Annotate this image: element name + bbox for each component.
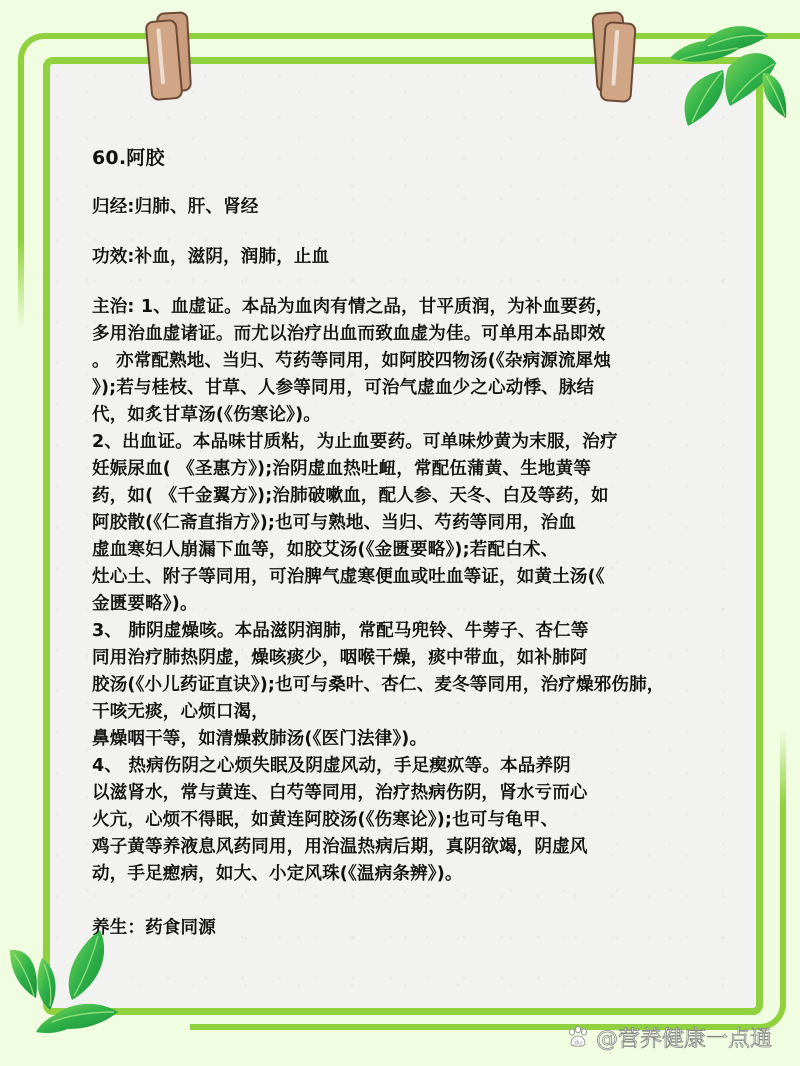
clothespin-icon-left <box>146 12 188 102</box>
indication-line: 以滋肾水，常与黄连、白芍等同用，治疗热病伤阴，肾水亏而心 <box>92 780 772 807</box>
indication-line: 鸡子黄等养液息风药同用，用治温热病后期，真阴欲竭，阴虚风 <box>92 834 772 861</box>
indication-line: 多用治血虚诸证。而尤以治疗出血而致血虚为佳。可单用本品即效 <box>92 321 772 348</box>
document-title: 60.阿胶 <box>92 145 772 172</box>
indication-line: 代，如炙甘草汤(《伤寒论》)。 <box>92 402 772 429</box>
indication-line: 灶心土、附子等同用，可治脾气虚寒便血或吐血等证，如黄土汤(《 <box>92 564 772 591</box>
indication-line: 。 亦常配熟地、当归、芍药等同用，如阿胶四物汤(《杂病源流犀烛 <box>92 348 772 375</box>
indication-line: 动，手足瘛病，如大、小定风珠(《温病条辨》)。 <box>92 861 772 888</box>
indication-line: 2、出血证。本品味甘质粘，为止血要药。可单味炒黄为末服，治疗 <box>92 429 772 456</box>
indication-line: 火亢，心烦不得眠，如黄连阿胶汤(《伤寒论》);也可与龟甲、 <box>92 807 772 834</box>
efficacy-line: 功效:补血，滋阴，润肺，止血 <box>92 244 772 271</box>
indication-line: 鼻燥咽干等，如清燥救肺汤(《医门法律》)。 <box>92 726 772 753</box>
indication-line: 3、 肺阴虚燥咳。本品滋阴润肺，常配马兜铃、牛蒡子、杏仁等 <box>92 618 772 645</box>
indication-line: 主治: 1、血虚证。本品为血肉有情之品，甘平质润，为补血要药， <box>92 294 772 321</box>
indications-section: 主治: 1、血虚证。本品为血肉有情之品，甘平质润，为补血要药， 多用治血虚诸证。… <box>92 294 772 888</box>
indication-line: 同用治疗肺热阴虚，燥咳痰少，咽喉干燥，痰中带血，如补肺阿 <box>92 645 772 672</box>
indication-line: 》);若与桂枝、甘草、人参等同用，可治气虚血少之心动悸、脉结 <box>92 375 772 402</box>
indication-line: 4、 热病伤阴之心烦失眠及阴虚风动，手足瘈疭等。本品养阴 <box>92 753 772 780</box>
indication-line: 虚血寒妇人崩漏下血等，如胶艾汤(《金匮要略》);若配白术、 <box>92 537 772 564</box>
indication-line: 妊娠尿血( 《圣惠方》);治阴虚血热吐衄，常配伍蒲黄、生地黄等 <box>92 456 772 483</box>
indication-line: 胶汤(《小儿药证直诀》);也可与桑叶、杏仁、麦冬等同用，治疗燥邪伤肺， <box>92 672 772 699</box>
watermark: du @营养健康一点通 <box>566 1022 772 1052</box>
indication-line: 药，如( 《千金翼方》);治肺破嗽血，配人参、天冬、白及等药，如 <box>92 483 772 510</box>
health-line: 养生：药食同源 <box>92 915 772 942</box>
indication-line: 阿胶散(《仁斋直指方》);也可与熟地、当归、芍药等同用，治血 <box>92 510 772 537</box>
watermark-text: @营养健康一点通 <box>596 1022 772 1053</box>
indication-line: 金匮要略》)。 <box>92 591 772 618</box>
leaf-cluster-icon-top-right <box>668 18 792 130</box>
leaf-cluster-icon-bottom-left <box>6 928 124 1038</box>
baidu-paw-icon: du <box>566 1025 590 1049</box>
indication-line: 干咳无痰，心烦口渴， <box>92 699 772 726</box>
meridian-line: 归经:归肺、肝、肾经 <box>92 194 772 221</box>
clothespin-icon-right <box>592 12 634 102</box>
document-body: 60.阿胶 归经:归肺、肝、肾经 功效:补血，滋阴，润肺，止血 主治: 1、血虚… <box>92 145 772 942</box>
svg-text:du: du <box>574 1040 582 1047</box>
